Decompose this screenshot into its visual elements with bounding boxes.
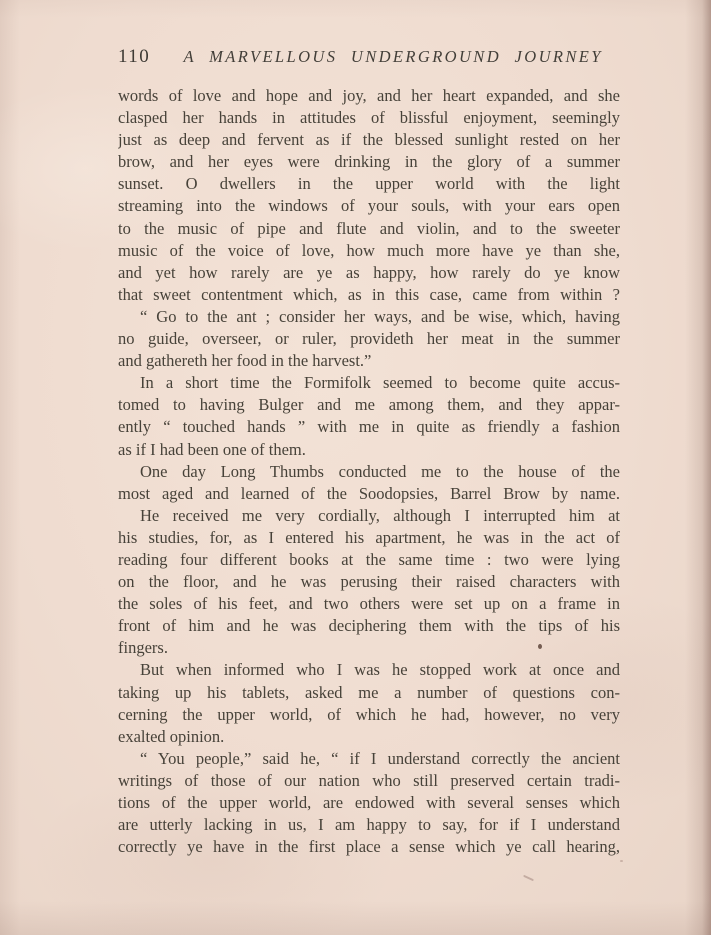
text-line: streaming into the windows of your souls… <box>118 195 620 217</box>
text-line: fingers. <box>118 637 620 659</box>
text-line: and gathereth her food in the harvest.” <box>118 350 620 372</box>
text-line: tions of the upper world, are endowed wi… <box>118 792 620 814</box>
text-line: clasped her hands in attitudes of blissf… <box>118 107 620 129</box>
text-line: “ You people,” said he, “ if I understan… <box>118 748 620 770</box>
text-line: ently “ touched hands ” with me in quite… <box>118 416 620 438</box>
text-line: that sweet contentment which, as in this… <box>118 284 620 306</box>
text-line: correctly ye have in the first place a s… <box>118 836 620 858</box>
text-line: the soles of his feet, and two others we… <box>118 593 620 615</box>
scan-scratch <box>523 875 534 881</box>
text-line: brow, and her eyes were drinking in the … <box>118 151 620 173</box>
text-line: most aged and learned of the Soodopsies,… <box>118 483 620 505</box>
text-line: on the floor, and he was perusing their … <box>118 571 620 593</box>
paragraph: In a short time the Formifolk seemed to … <box>118 372 620 460</box>
paragraph: He received me very cordially, although … <box>118 505 620 660</box>
paragraph: But when informed who I was he stopped w… <box>118 659 620 747</box>
paragraph: “ You people,” said he, “ if I understan… <box>118 748 620 858</box>
text-line: cerning the upper world, of which he had… <box>118 704 620 726</box>
text-line: as if I had been one of them. <box>118 439 620 461</box>
text-line: One day Long Thumbs conducted me to the … <box>118 461 620 483</box>
text-line: In a short time the Formifolk seemed to … <box>118 372 620 394</box>
text-line: exalted opinion. <box>118 726 620 748</box>
text-line: “ Go to the ant ; consider her ways, and… <box>118 306 620 328</box>
scanned-book-page: { "page": { "number": "110", "running_ti… <box>0 0 711 935</box>
text-line: front of him and he was deciphering them… <box>118 615 620 637</box>
text-line: taking up his tablets, asked me a number… <box>118 682 620 704</box>
text-line: reading four different books at the same… <box>118 549 620 571</box>
text-line: to the music of pipe and flute and violi… <box>118 218 620 240</box>
paragraph: One day Long Thumbs conducted me to the … <box>118 461 620 505</box>
scan-speck <box>620 860 623 862</box>
text-line: his studies, for, as I entered his apart… <box>118 527 620 549</box>
page-number: 110 <box>118 46 150 68</box>
running-title: A MARVELLOUS UNDERGROUND JOURNEY <box>150 47 620 67</box>
page-header: 110 A MARVELLOUS UNDERGROUND JOURNEY <box>118 46 620 68</box>
text-line: words of love and hope and joy, and her … <box>118 85 620 107</box>
text-line: But when informed who I was he stopped w… <box>118 659 620 681</box>
text-line: tomed to having Bulger and me among them… <box>118 394 620 416</box>
text-line: sunset. O dwellers in the upper world wi… <box>118 173 620 195</box>
text-line: He received me very cordially, although … <box>118 505 620 527</box>
paragraph: “ Go to the ant ; consider her ways, and… <box>118 306 620 372</box>
text-line: and yet how rarely are ye as happy, how … <box>118 262 620 284</box>
text-line: music of the voice of love, how much mor… <box>118 240 620 262</box>
text-line: are utterly lacking in us, I am happy to… <box>118 814 620 836</box>
text-line: writings of those of our nation who stil… <box>118 770 620 792</box>
text-block: words of love and hope and joy, and her … <box>118 85 620 858</box>
text-line: no guide, overseer, or ruler, provideth … <box>118 328 620 350</box>
paragraph: words of love and hope and joy, and her … <box>118 85 620 306</box>
text-line: just as deep and fervent as if the bless… <box>118 129 620 151</box>
